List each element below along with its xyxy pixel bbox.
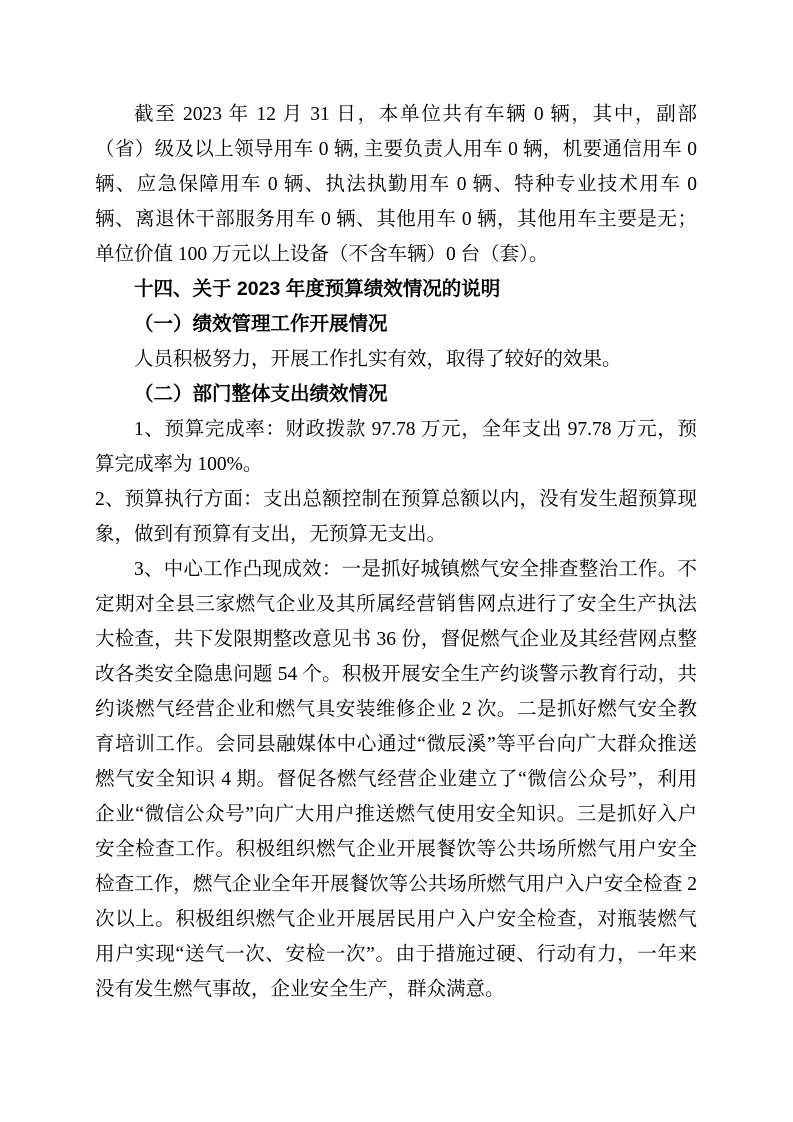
- paragraph-budget-completion-rate: 1、预算完成率：财政拨款 97.78 万元，全年支出 97.78 万元，预算完成…: [95, 412, 697, 482]
- heading-section-14-budget-performance: 十四、关于 2023 年度预算绩效情况的说明: [95, 272, 697, 307]
- paragraph-vehicle-assets: 截至 2023 年 12 月 31 日，本单位共有车辆 0 辆，其中，副部（省）…: [95, 97, 697, 272]
- document-page: 截至 2023 年 12 月 31 日，本单位共有车辆 0 辆，其中，副部（省）…: [0, 0, 793, 1122]
- paragraph-budget-execution: 2、预算执行方面：支出总额控制在预算总额以内，没有发生超预算现象，做到有预算有支…: [95, 482, 697, 552]
- paragraph-central-work-achievements: 3、中心工作凸现成效：一是抓好城镇燃气安全排查整治工作。不定期对全县三家燃气企业…: [95, 552, 697, 1007]
- heading-performance-management-work: （一）绩效管理工作开展情况: [95, 307, 697, 342]
- heading-department-expenditure-performance: （二）部门整体支出绩效情况: [95, 377, 697, 412]
- paragraph-performance-effort: 人员积极努力，开展工作扎实有效，取得了较好的效果。: [95, 342, 697, 377]
